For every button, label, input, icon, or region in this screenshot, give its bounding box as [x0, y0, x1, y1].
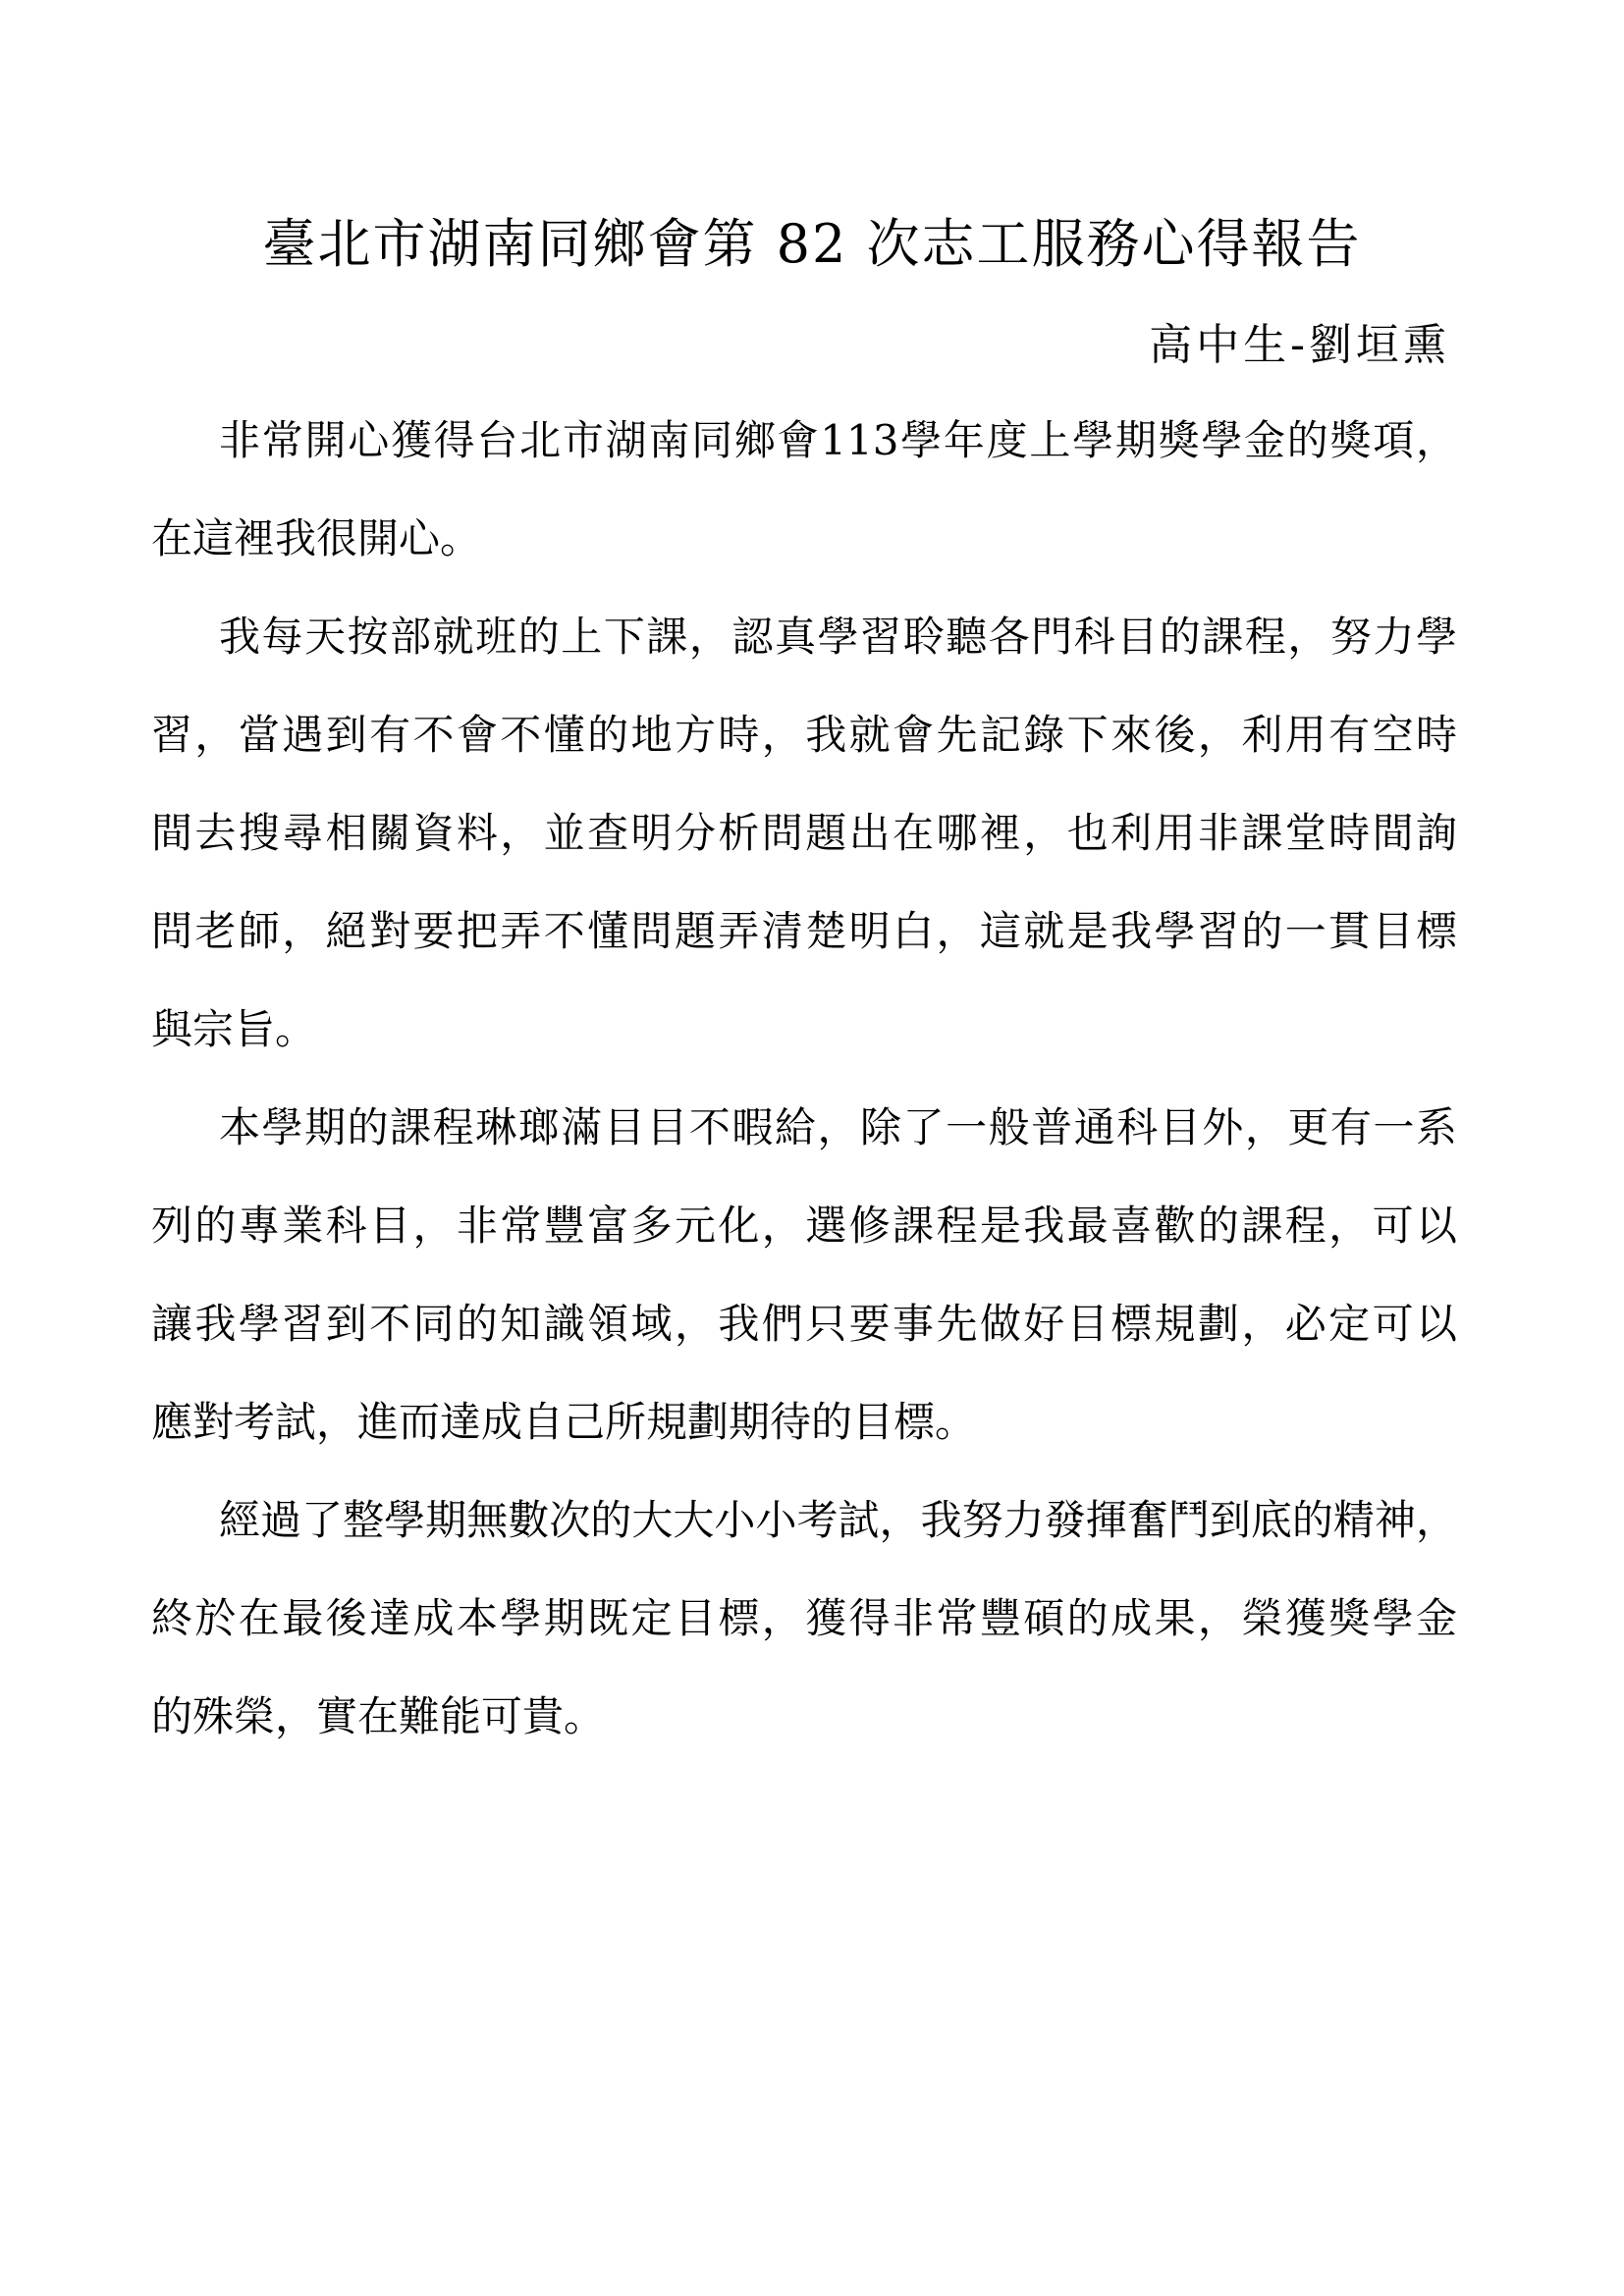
body-text-line: 與宗旨。: [151, 981, 1457, 1079]
body-text-line: 讓我學習到不同的知識領域，我們只要事先做好目標規劃，必定可以: [151, 1275, 1457, 1373]
document-body: 非常開心獲得台北市湖南同鄉會113學年度上學期獎學金的獎項，在這裡我很開心。我每…: [151, 392, 1457, 1766]
body-text-line: 經過了整學期無數次的大大小小考試，我努力發揮奮鬥到底的精神，: [151, 1471, 1457, 1570]
body-text-line: 問老師，絕對要把弄不懂問題弄清楚明白，這就是我學習的一貫目標: [151, 882, 1457, 981]
body-text-line: 我每天按部就班的上下課，認真學習聆聽各門科目的課程，努力學: [151, 588, 1457, 686]
document-page: 臺北市湖南同鄉會第 82 次志工服務心得報告 高中生-劉垣熏 非常開心獲得台北市…: [0, 0, 1624, 2296]
paragraph: 經過了整學期無數次的大大小小考試，我努力發揮奮鬥到底的精神，終於在最後達成本學期…: [151, 1471, 1457, 1766]
body-text-line: 間去搜尋相關資料，並查明分析問題出在哪裡，也利用非課堂時間詢: [151, 784, 1457, 882]
body-text-line: 非常開心獲得台北市湖南同鄉會113學年度上學期獎學金的獎項，: [151, 392, 1457, 490]
paragraph: 本學期的課程琳瑯滿目目不暇給，除了一般普通科目外，更有一系列的專業科目，非常豐富…: [151, 1079, 1457, 1471]
author-byline: 高中生-劉垣熏: [1149, 314, 1450, 377]
body-text-line: 列的專業科目，非常豐富多元化，選修課程是我最喜歡的課程，可以: [151, 1177, 1457, 1275]
body-text-line: 本學期的課程琳瑯滿目目不暇給，除了一般普通科目外，更有一系: [151, 1079, 1457, 1177]
paragraph: 我每天按部就班的上下課，認真學習聆聽各門科目的課程，努力學習，當遇到有不會不懂的…: [151, 588, 1457, 1079]
document-title: 臺北市湖南同鄉會第 82 次志工服務心得報告: [0, 200, 1624, 289]
body-text-line: 的殊榮，實在難能可貴。: [151, 1668, 1457, 1766]
body-text-line: 應對考試，進而達成自己所規劃期待的目標。: [151, 1373, 1457, 1471]
body-text-line: 終於在最後達成本學期既定目標，獲得非常豐碩的成果，榮獲獎學金: [151, 1570, 1457, 1668]
paragraph: 非常開心獲得台北市湖南同鄉會113學年度上學期獎學金的獎項，在這裡我很開心。: [151, 392, 1457, 588]
body-text-line: 習，當遇到有不會不懂的地方時，我就會先記錄下來後，利用有空時: [151, 686, 1457, 784]
body-text-line: 在這裡我很開心。: [151, 490, 1457, 588]
